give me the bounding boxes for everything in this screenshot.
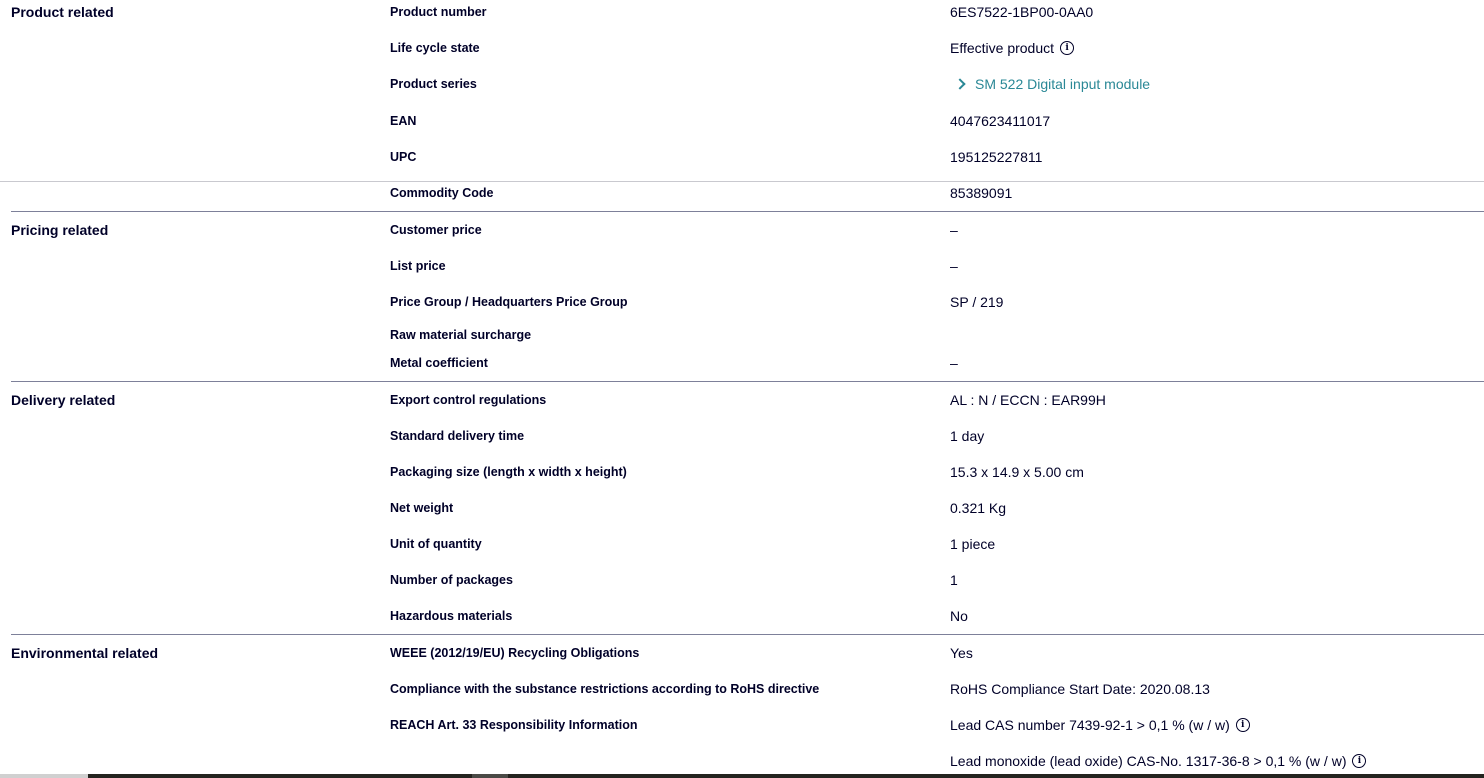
info-icon[interactable]: i bbox=[1352, 754, 1366, 768]
table-row: Number of packages 1 bbox=[0, 570, 1484, 590]
horizontal-scrollbar-track[interactable] bbox=[0, 774, 88, 778]
row-label: EAN bbox=[390, 111, 416, 131]
row-label: REACH Art. 33 Responsibility Information bbox=[390, 715, 637, 735]
row-value: RoHS Compliance Start Date: 2020.08.13 bbox=[950, 679, 1210, 699]
scrollbar-thumb[interactable] bbox=[472, 774, 508, 778]
table-row: Customer price – bbox=[0, 220, 1484, 240]
row-label: Unit of quantity bbox=[390, 534, 482, 554]
chevron-right-icon bbox=[954, 78, 965, 89]
row-value: SM 522 Digital input module bbox=[950, 74, 1150, 94]
table-row: UPC 195125227811 bbox=[0, 147, 1484, 167]
row-label: Standard delivery time bbox=[390, 426, 524, 446]
row-value: Yes bbox=[950, 643, 973, 663]
table-row: Compliance with the substance restrictio… bbox=[0, 679, 1484, 699]
row-value: 1 piece bbox=[950, 534, 995, 554]
row-value: Effective product i bbox=[950, 38, 1074, 58]
table-row: Standard delivery time 1 day bbox=[0, 426, 1484, 446]
row-label: List price bbox=[390, 256, 446, 276]
row-label: UPC bbox=[390, 147, 416, 167]
row-value: – bbox=[950, 220, 958, 240]
table-row: Product series SM 522 Digital input modu… bbox=[0, 74, 1484, 94]
row-value: – bbox=[950, 353, 958, 373]
row-label: Commodity Code bbox=[390, 183, 493, 203]
row-value: Lead CAS number 7439-92-1 > 0,1 % (w / w… bbox=[950, 715, 1250, 735]
table-row: Commodity Code 85389091 bbox=[0, 183, 1484, 203]
table-row: Product number 6ES7522-1BP00-0AA0 bbox=[0, 2, 1484, 22]
row-label: Life cycle state bbox=[390, 38, 480, 58]
reach-lead-oxide-value: Lead monoxide (lead oxide) CAS-No. 1317-… bbox=[950, 751, 1346, 771]
row-value: – bbox=[950, 256, 958, 276]
row-label: Raw material surcharge bbox=[390, 325, 531, 345]
table-row: List price – bbox=[0, 256, 1484, 276]
table-row: REACH Art. 33 Responsibility Information… bbox=[0, 715, 1484, 735]
row-value: 6ES7522-1BP00-0AA0 bbox=[950, 2, 1093, 22]
info-icon[interactable]: i bbox=[1236, 718, 1250, 732]
row-label: Metal coefficient bbox=[390, 353, 488, 373]
table-row: Export control regulations AL : N / ECCN… bbox=[0, 390, 1484, 410]
row-value: 0.321 Kg bbox=[950, 498, 1006, 518]
table-row: WEEE (2012/19/EU) Recycling Obligations … bbox=[0, 643, 1484, 663]
section-divider bbox=[11, 634, 1484, 635]
row-value: AL : N / ECCN : EAR99H bbox=[950, 390, 1106, 410]
row-label: Product number bbox=[390, 2, 487, 22]
row-label: Export control regulations bbox=[390, 390, 546, 410]
row-value: 195125227811 bbox=[950, 147, 1042, 167]
table-row: Raw material surcharge bbox=[0, 325, 1484, 345]
row-value: 1 bbox=[950, 570, 958, 590]
row-label: Net weight bbox=[390, 498, 453, 518]
product-series-link-text: SM 522 Digital input module bbox=[975, 74, 1150, 94]
row-value: 1 day bbox=[950, 426, 984, 446]
row-label: Hazardous materials bbox=[390, 606, 512, 626]
row-label: Customer price bbox=[390, 220, 482, 240]
row-label: Packaging size (length x width x height) bbox=[390, 462, 627, 482]
table-row: Packaging size (length x width x height)… bbox=[0, 462, 1484, 482]
row-value: 4047623411017 bbox=[950, 111, 1050, 131]
row-value: No bbox=[950, 606, 968, 626]
info-icon[interactable]: i bbox=[1060, 41, 1074, 55]
section-divider bbox=[11, 211, 1484, 212]
row-value: 85389091 bbox=[950, 183, 1012, 203]
row-label: Compliance with the substance restrictio… bbox=[390, 679, 819, 699]
row-label: Price Group / Headquarters Price Group bbox=[390, 292, 628, 312]
table-row: Unit of quantity 1 piece bbox=[0, 534, 1484, 554]
row-divider bbox=[0, 181, 1484, 182]
row-label: Number of packages bbox=[390, 570, 513, 590]
row-value: 15.3 x 14.9 x 5.00 cm bbox=[950, 462, 1084, 482]
table-row: EAN 4047623411017 bbox=[0, 111, 1484, 131]
product-series-link[interactable]: SM 522 Digital input module bbox=[950, 74, 1150, 94]
table-row: Hazardous materials No bbox=[0, 606, 1484, 626]
row-value: Lead monoxide (lead oxide) CAS-No. 1317-… bbox=[950, 751, 1366, 771]
product-data-table: Product related Product number 6ES7522-1… bbox=[0, 0, 1484, 778]
row-value: SP / 219 bbox=[950, 292, 1003, 312]
table-row: Life cycle state Effective product i bbox=[0, 38, 1484, 58]
reach-lead-value: Lead CAS number 7439-92-1 > 0,1 % (w / w… bbox=[950, 715, 1230, 735]
life-cycle-value: Effective product bbox=[950, 38, 1054, 58]
table-row: Net weight 0.321 Kg bbox=[0, 498, 1484, 518]
section-divider bbox=[11, 381, 1484, 382]
table-row: Metal coefficient – bbox=[0, 353, 1484, 373]
row-label: WEEE (2012/19/EU) Recycling Obligations bbox=[390, 643, 639, 663]
row-label: Product series bbox=[390, 74, 477, 94]
table-row: Price Group / Headquarters Price Group S… bbox=[0, 292, 1484, 312]
table-row: Lead monoxide (lead oxide) CAS-No. 1317-… bbox=[0, 751, 1484, 771]
horizontal-scrollbar[interactable] bbox=[88, 774, 1484, 778]
